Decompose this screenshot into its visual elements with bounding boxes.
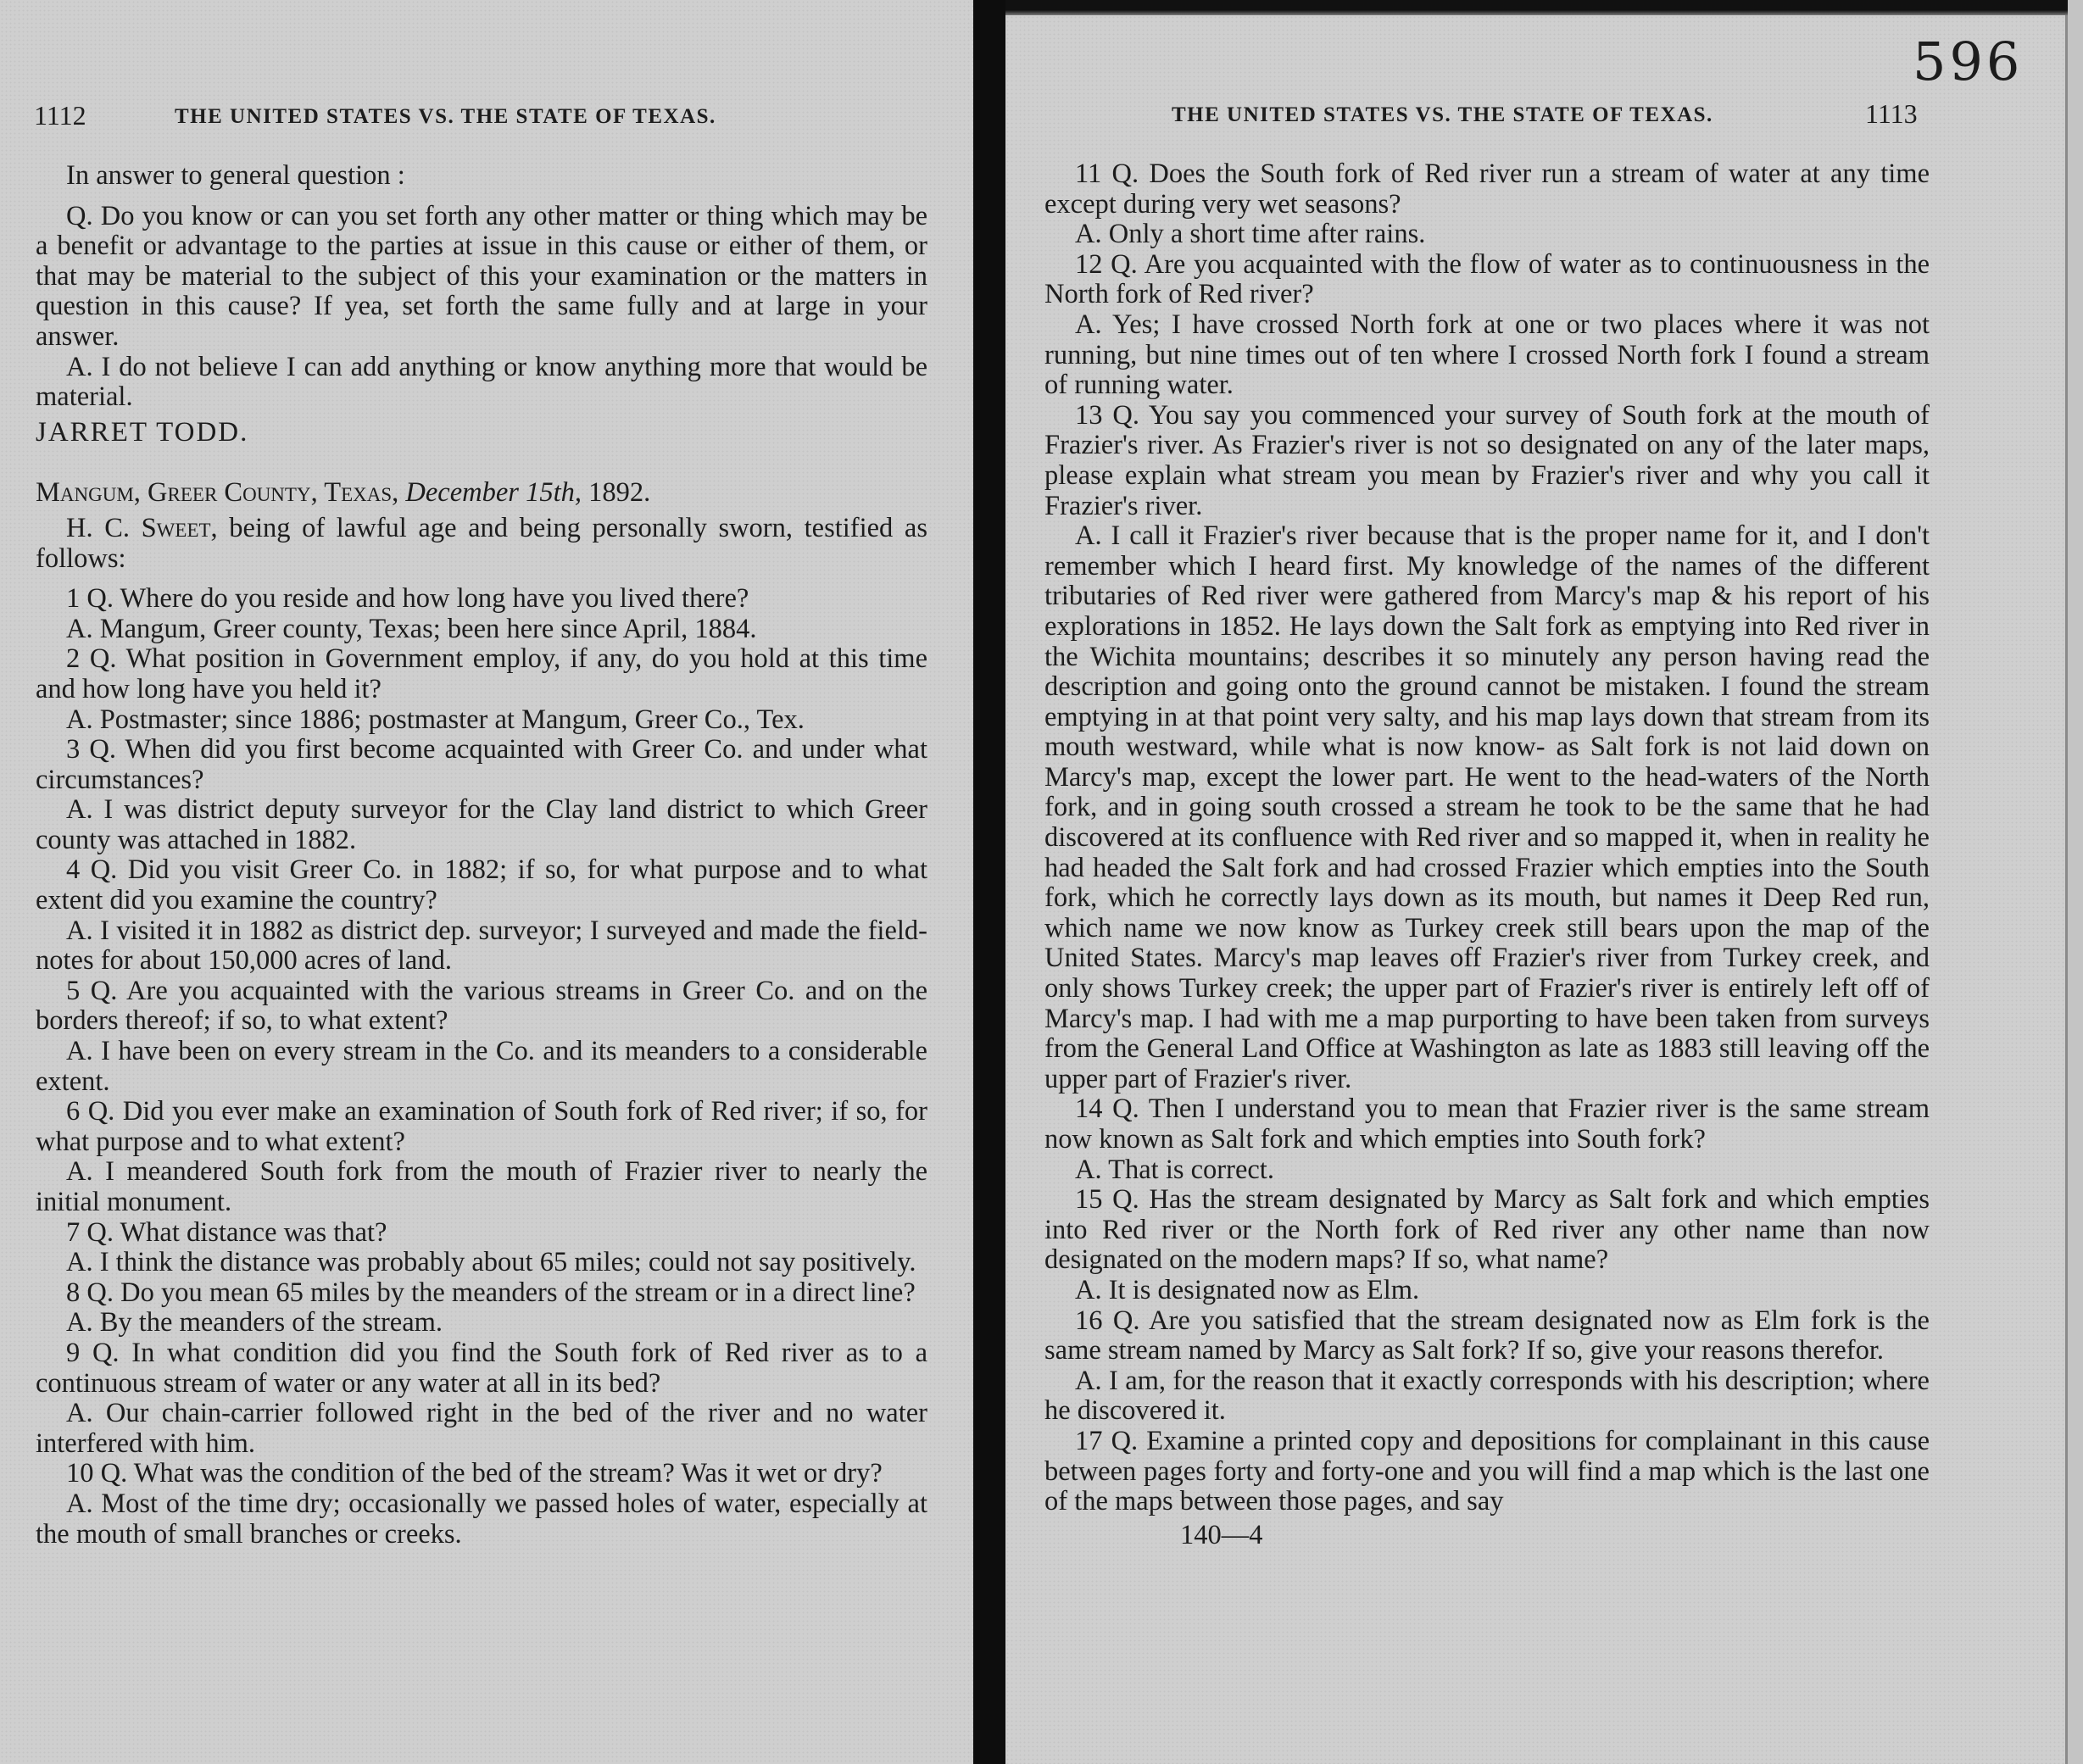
right-text-column: 11 Q. Does the South fork of Red river r… bbox=[1044, 159, 1930, 1550]
qa-item: A. I think the distance was probably abo… bbox=[36, 1248, 927, 1278]
left-page: 1112 THE UNITED STATES VS. THE STATE OF … bbox=[0, 0, 973, 1764]
qa-item: 12 Q. Are you acquainted with the flow o… bbox=[1044, 250, 1930, 310]
qa-item: A. Yes; I have crossed North fork at one… bbox=[1044, 310, 1930, 401]
qa-item: A. Most of the time dry; occasionally we… bbox=[36, 1489, 927, 1550]
qa-item: 1 Q. Where do you reside and how long ha… bbox=[36, 584, 927, 615]
right-page: 596 THE UNITED STATES VS. THE STATE OF T… bbox=[1005, 15, 2068, 1764]
dateline-year: 1892. bbox=[588, 477, 650, 508]
qa-item: 6 Q. Did you ever make an examination of… bbox=[36, 1097, 927, 1157]
qa-item: A. Mangum, Greer county, Texas; been her… bbox=[36, 615, 927, 645]
general-question: Q. Do you know or can you set forth any … bbox=[36, 202, 927, 353]
stamped-page-number: 596 bbox=[1913, 31, 2023, 92]
left-page-number: 1112 bbox=[34, 100, 86, 131]
qa-item: A. Only a short time after rains. bbox=[1044, 220, 1930, 250]
qa-item: A. I visited it in 1882 as district dep.… bbox=[36, 916, 927, 977]
qa-item: A. By the meanders of the stream. bbox=[36, 1308, 927, 1338]
qa-item: 13 Q. You say you commenced your survey … bbox=[1044, 401, 1930, 521]
qa-item: 9 Q. In what condition did you find the … bbox=[36, 1338, 927, 1399]
qa-item: A. Postmaster; since 1886; postmaster at… bbox=[36, 705, 927, 736]
qa-item: A. I am, for the reason that it exactly … bbox=[1044, 1366, 1930, 1427]
deposition-dateline: Mangum, Greer County, Texas, December 15… bbox=[36, 478, 927, 509]
qa-item: 11 Q. Does the South fork of Red river r… bbox=[1044, 159, 1930, 220]
signature-mark: 140—4 bbox=[1044, 1521, 1930, 1551]
qa-item: A. It is designated now as Elm. bbox=[1044, 1276, 1930, 1306]
witness-signature: JARRET TODD. bbox=[36, 418, 927, 448]
qa-item: 7 Q. What distance was that? bbox=[36, 1218, 927, 1249]
qa-item: 2 Q. What position in Government employ,… bbox=[36, 644, 927, 704]
qa-item: A. I was district deputy surveyor for th… bbox=[36, 795, 927, 855]
book-gutter bbox=[973, 0, 1005, 1764]
qa-item: 3 Q. When did you first become acquainte… bbox=[36, 735, 927, 795]
qa-item: 16 Q. Are you satisfied that the stream … bbox=[1044, 1306, 1930, 1366]
general-answer: A. I do not believe I can add anything o… bbox=[36, 353, 927, 413]
left-text-column: In answer to general question : Q. Do yo… bbox=[36, 161, 927, 1550]
qa-item: A. Our chain-carrier followed right in t… bbox=[36, 1399, 927, 1459]
witness-name: H. C. Sweet, bbox=[66, 513, 218, 543]
qa-item: 17 Q. Examine a printed copy and deposit… bbox=[1044, 1427, 1930, 1517]
qa-item: 10 Q. What was the condition of the bed … bbox=[36, 1459, 927, 1489]
qa-item: 8 Q. Do you mean 65 miles by the meander… bbox=[36, 1278, 927, 1309]
dateline-date: December 15th, bbox=[405, 477, 582, 508]
right-page-number: 1113 bbox=[1865, 98, 1918, 130]
right-running-head: THE UNITED STATES VS. THE STATE OF TEXAS… bbox=[1172, 103, 1713, 127]
left-running-head: THE UNITED STATES VS. THE STATE OF TEXAS… bbox=[175, 105, 716, 129]
qa-item: A. That is correct. bbox=[1044, 1155, 1930, 1186]
qa-item: 4 Q. Did you visit Greer Co. in 1882; if… bbox=[36, 855, 927, 915]
witness-intro: H. C. Sweet, being of lawful age and bei… bbox=[36, 514, 927, 574]
page-stack-edge bbox=[2068, 0, 2083, 1764]
qa-item: 14 Q. Then I understand you to mean that… bbox=[1044, 1094, 1930, 1155]
qa-item: A. I call it Frazier's river because tha… bbox=[1044, 521, 1930, 1094]
general-question-heading: In answer to general question : bbox=[36, 161, 927, 192]
qa-item: 15 Q. Has the stream designated by Marcy… bbox=[1044, 1185, 1930, 1276]
dateline-place: Mangum, Greer County, Texas, bbox=[36, 477, 398, 508]
qa-item: A. I meandered South fork from the mouth… bbox=[36, 1157, 927, 1217]
qa-item: 5 Q. Are you acquainted with the various… bbox=[36, 977, 927, 1037]
qa-item: A. I have been on every stream in the Co… bbox=[36, 1037, 927, 1097]
